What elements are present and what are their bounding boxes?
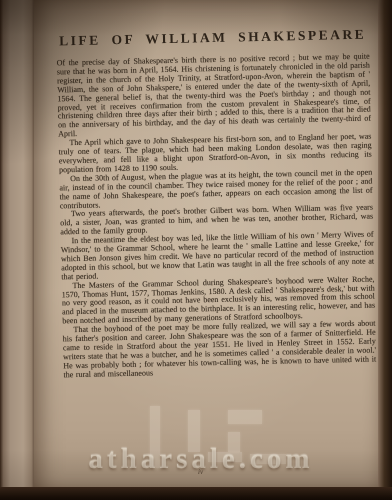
paragraph-1: Of the precise day of Shakespeare's birt…: [57, 53, 372, 140]
book-page: LIFE OF WILLIAM SHAKESPEARE Of the preci…: [34, 0, 378, 487]
paragraph-5: In the meantime the eldest boy was led, …: [60, 231, 374, 282]
page-title: LIFE OF WILLIAM SHAKESPEARE: [56, 27, 369, 50]
photo-right-edge: [378, 0, 392, 487]
signature-mark: iv: [198, 468, 203, 476]
photo-bottom-edge: [0, 487, 392, 500]
book-page-photo: LIFE OF WILLIAM SHAKESPEARE Of the preci…: [0, 0, 392, 500]
facing-page-edge: [0, 0, 34, 487]
page-content: LIFE OF WILLIAM SHAKESPEARE Of the preci…: [56, 27, 376, 380]
body-text: Of the precise day of Shakespeare's birt…: [57, 53, 377, 380]
paragraph-7: That the boyhood of the poet may be more…: [62, 320, 376, 380]
